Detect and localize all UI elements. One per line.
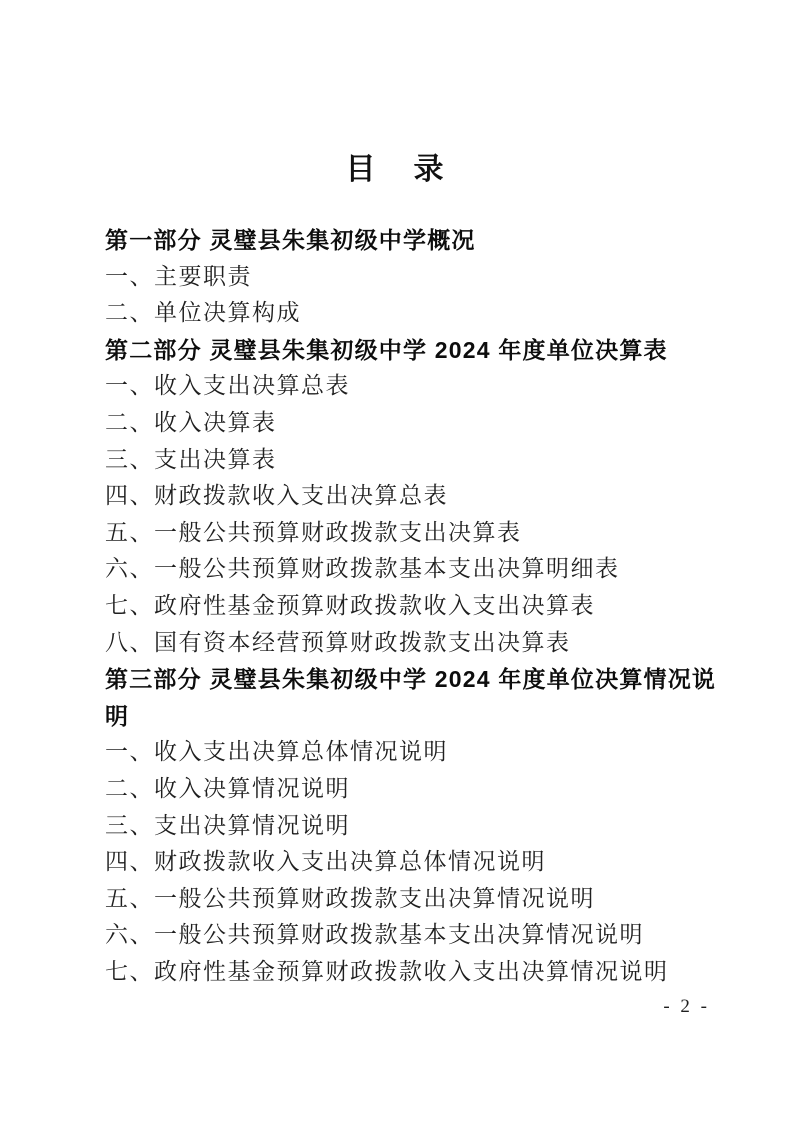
toc-section-heading-part1: 第一部分 灵璧县朱集初级中学概况	[105, 222, 725, 259]
toc-item: 三、支出决算情况说明	[105, 808, 725, 845]
toc-item: 七、政府性基金预算财政拨款收入支出决算表	[105, 588, 725, 625]
page-number: - 2 -	[663, 996, 710, 1018]
toc-item: 六、一般公共预算财政拨款基本支出决算明细表	[105, 551, 725, 588]
table-of-contents: 第一部分 灵璧县朱集初级中学概况 一、主要职责 二、单位决算构成 第二部分 灵璧…	[105, 222, 725, 990]
toc-item: 八、国有资本经营预算财政拨款支出决算表	[105, 625, 725, 662]
toc-item: 一、收入支出决算总体情况说明	[105, 734, 725, 771]
toc-item: 二、收入决算表	[105, 405, 725, 442]
page-title: 目 录	[0, 144, 793, 188]
toc-item: 三、支出决算表	[105, 442, 725, 479]
toc-section-heading-part2: 第二部分 灵璧县朱集初级中学 2024 年度单位决算表	[105, 332, 725, 369]
toc-item: 四、财政拨款收入支出决算总体情况说明	[105, 844, 725, 881]
toc-item: 二、收入决算情况说明	[105, 771, 725, 808]
toc-item: 四、财政拨款收入支出决算总表	[105, 478, 725, 515]
toc-item: 二、单位决算构成	[105, 295, 725, 332]
toc-item: 七、政府性基金预算财政拨款收入支出决算情况说明	[105, 954, 725, 991]
toc-item: 五、一般公共预算财政拨款支出决算表	[105, 515, 725, 552]
toc-section-heading-part3: 第三部分 灵璧县朱集初级中学 2024 年度单位决算情况说明	[105, 661, 725, 734]
toc-item: 五、一般公共预算财政拨款支出决算情况说明	[105, 881, 725, 918]
toc-item: 六、一般公共预算财政拨款基本支出决算情况说明	[105, 917, 725, 954]
toc-item: 一、收入支出决算总表	[105, 368, 725, 405]
toc-item: 一、主要职责	[105, 259, 725, 296]
document-page: 目 录 第一部分 灵璧县朱集初级中学概况 一、主要职责 二、单位决算构成 第二部…	[0, 0, 793, 1122]
